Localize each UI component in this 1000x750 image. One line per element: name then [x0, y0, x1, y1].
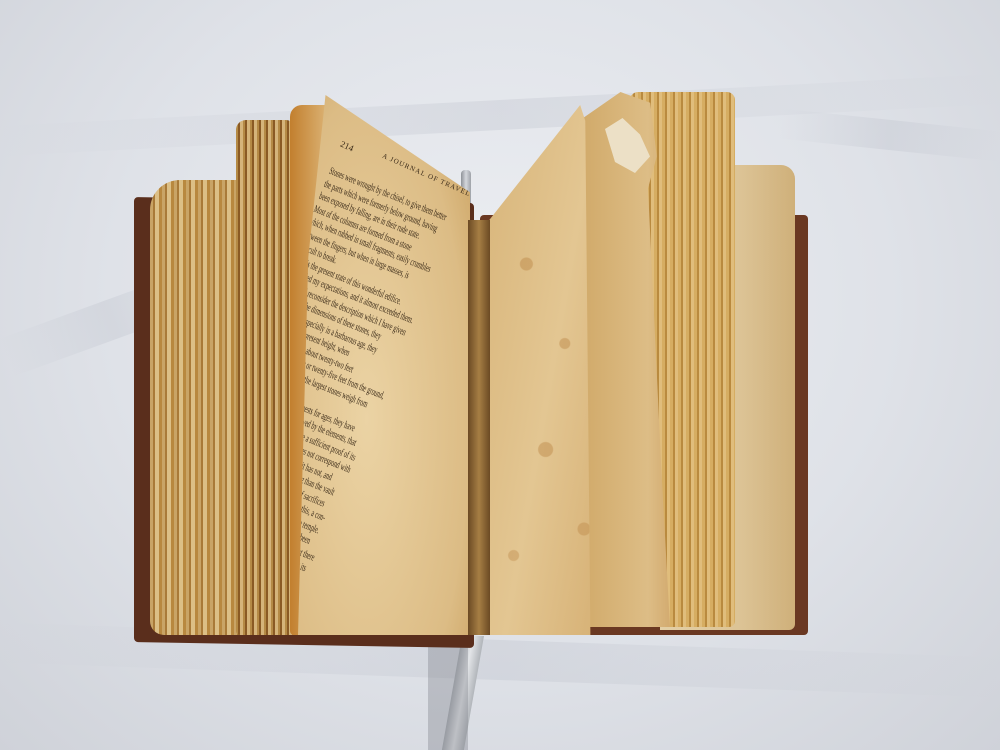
photo-scene: 214 A JOURNAL OF TRAVELS Stones were wro… — [0, 0, 1000, 750]
book-gutter — [468, 220, 490, 635]
left-page-lines: Stones were wrought by the chisel, to gi… — [298, 165, 470, 635]
cloth-fold — [779, 109, 1000, 162]
text-line: ing — [690, 628, 725, 631]
left-page-number: 214 — [338, 138, 356, 156]
left-text-page: 214 A JOURNAL OF TRAVELS Stones were wro… — [298, 95, 470, 635]
left-page-stack-dark-band — [236, 120, 296, 635]
knife-shadow — [428, 636, 468, 750]
